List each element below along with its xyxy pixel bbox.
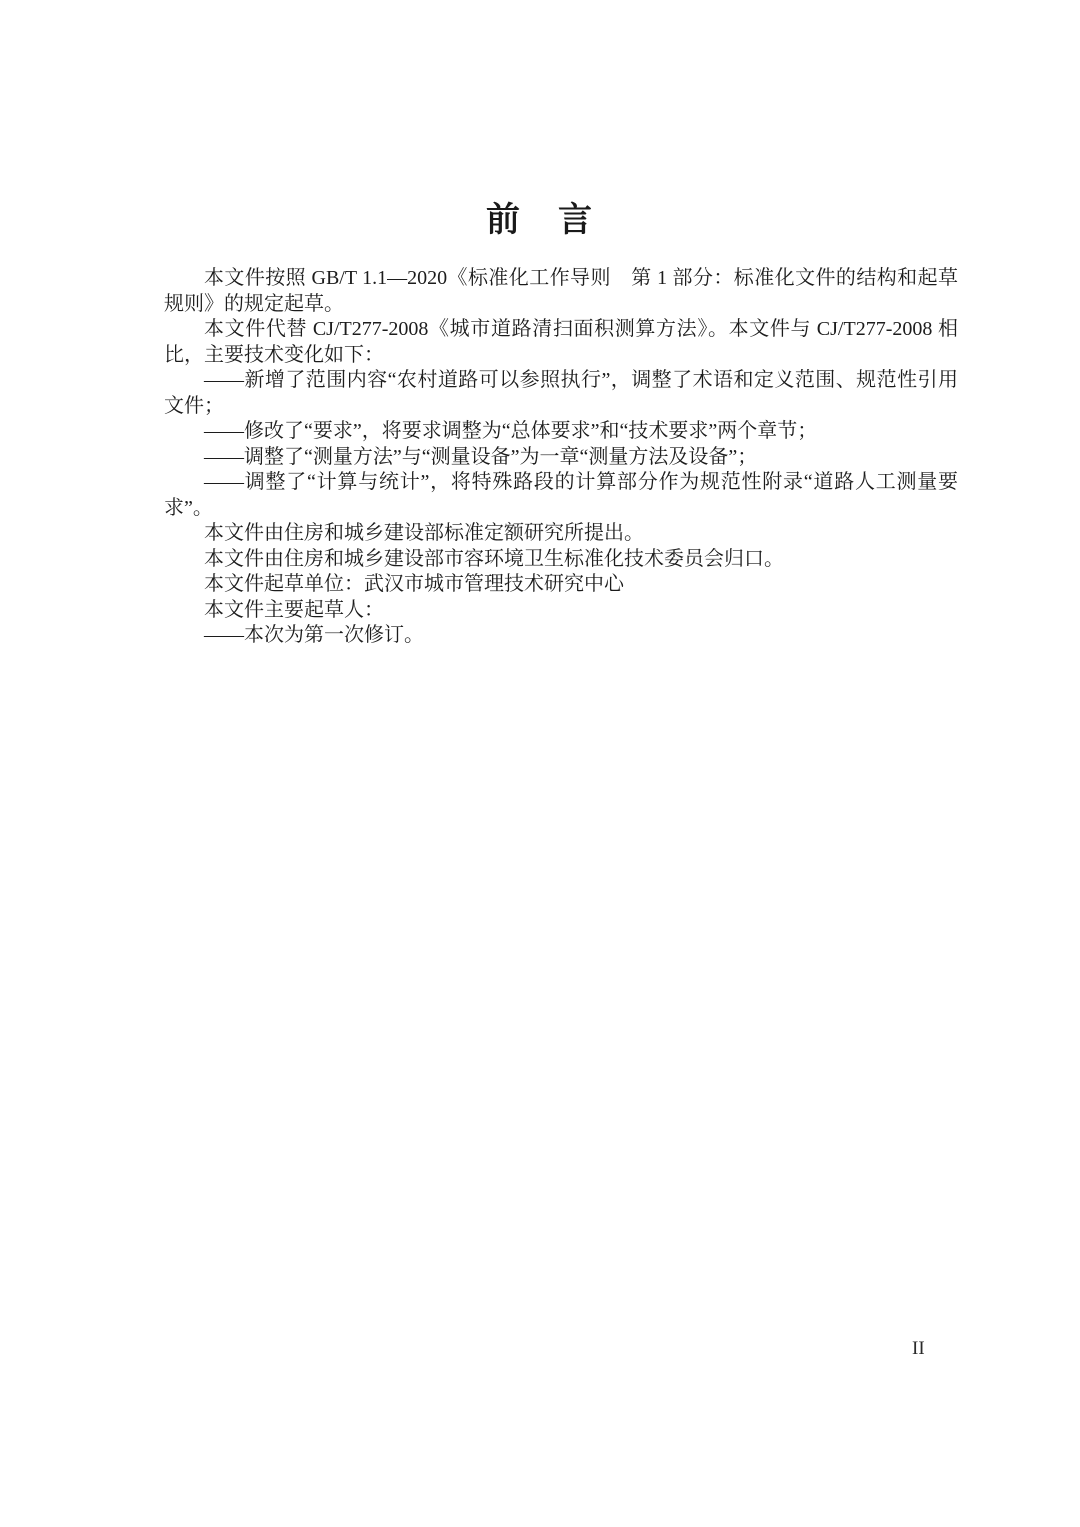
- paragraph: 本文件由住房和城乡建设部市容环境卫生标准化技术委员会归口。: [164, 547, 958, 573]
- page-title: 前 言: [0, 192, 1080, 241]
- paragraph: 本文件主要起草人：: [164, 598, 958, 624]
- paragraph: 本文件按照 GB/T 1.1—2020《标准化工作导则 第 1 部分：标准化文件…: [164, 266, 958, 317]
- paragraph: ——调整了“计算与统计”，将特殊路段的计算部分作为规范性附录“道路人工测量要求”…: [164, 470, 958, 521]
- paragraph: ——修改了“要求”，将要求调整为“总体要求”和“技术要求”两个章节；: [164, 419, 958, 445]
- document-page: 前 言 本文件按照 GB/T 1.1—2020《标准化工作导则 第 1 部分：标…: [0, 0, 1080, 1527]
- paragraph: 本文件起草单位：武汉市城市管理技术研究中心: [164, 572, 958, 598]
- document-body: 本文件按照 GB/T 1.1—2020《标准化工作导则 第 1 部分：标准化文件…: [164, 266, 958, 649]
- page-number: II: [912, 1338, 925, 1360]
- paragraph: ——本次为第一次修订。: [164, 623, 958, 649]
- paragraph: 本文件由住房和城乡建设部标准定额研究所提出。: [164, 521, 958, 547]
- paragraph: ——调整了“测量方法”与“测量设备”为一章“测量方法及设备”；: [164, 445, 958, 471]
- paragraph: ——新增了范围内容“农村道路可以参照执行”，调整了术语和定义范围、规范性引用文件…: [164, 368, 958, 419]
- paragraph: 本文件代替 CJ/T277-2008《城市道路清扫面积测算方法》。本文件与 CJ…: [164, 317, 958, 368]
